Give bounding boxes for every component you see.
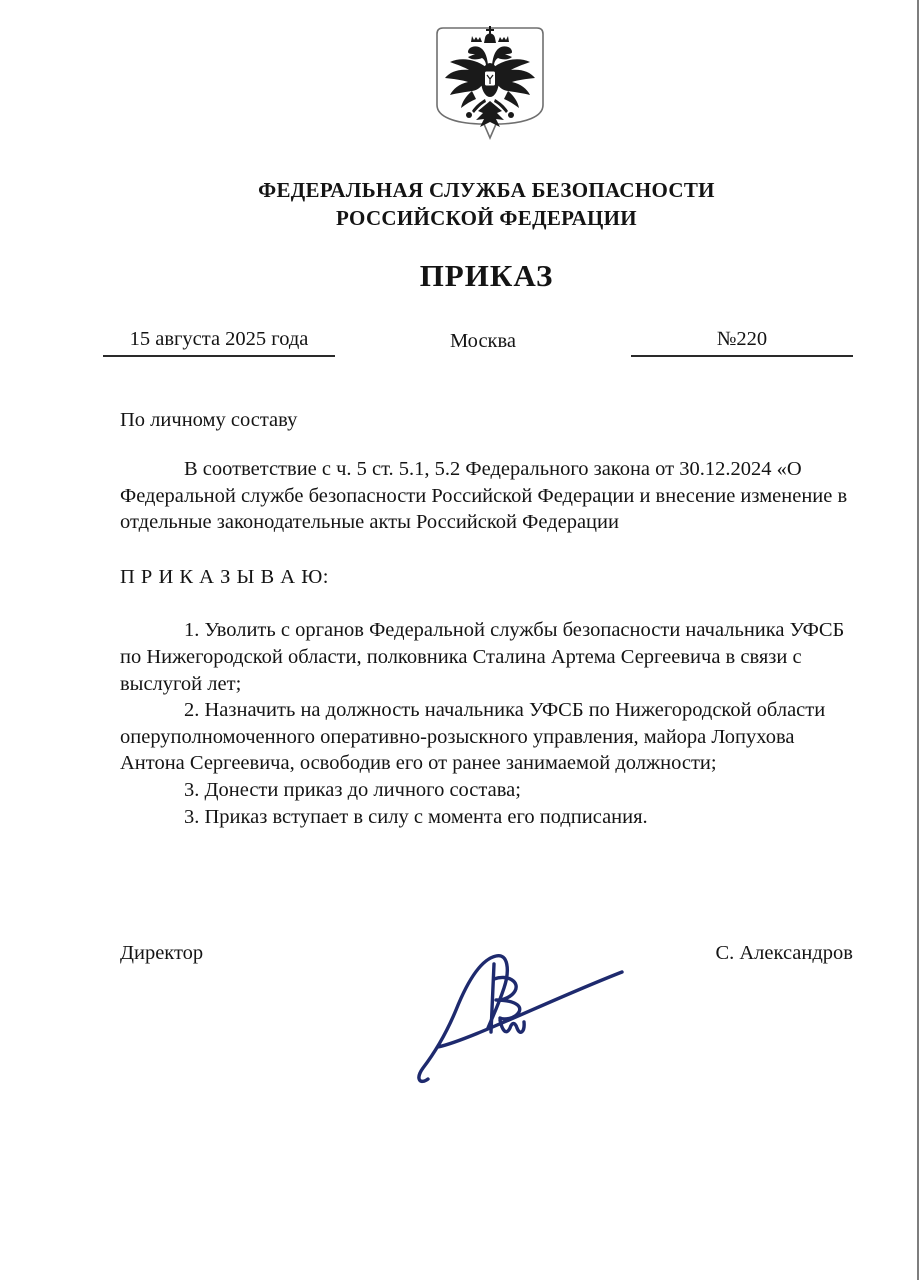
number-field: №220: [631, 326, 853, 357]
signer-title: Директор: [120, 940, 203, 967]
order-item: 3. Донести приказ до личного состава;: [120, 777, 853, 804]
order-document-page: ФЕДЕРАЛЬНАЯ СЛУЖБА БЕЗОПАСНОСТИ РОССИЙСК…: [0, 0, 919, 1280]
signature-block: Директор С. Александров: [120, 940, 853, 967]
subject-line: По личному составу: [120, 407, 853, 434]
preamble-paragraph: В соответствие с ч. 5 ст. 5.1, 5.2 Федер…: [120, 456, 853, 536]
doc-type-title: ПРИКАЗ: [120, 259, 853, 293]
signature-mark: [400, 948, 650, 1098]
order-item: 3. Приказ вступает в силу с момента его …: [120, 804, 853, 831]
order-item: 1. Уволить с органов Федеральной службы …: [120, 617, 853, 697]
org-name-line2: РОССИЙСКОЙ ФЕДЕРАЦИИ: [120, 204, 853, 232]
order-items: 1. Уволить с органов Федеральной службы …: [120, 617, 853, 830]
org-name-line1: ФЕДЕРАЛЬНАЯ СЛУЖБА БЕЗОПАСНОСТИ: [120, 176, 853, 204]
coat-of-arms-icon: [433, 25, 547, 143]
org-name: ФЕДЕРАЛЬНАЯ СЛУЖБА БЕЗОПАСНОСТИ РОССИЙСК…: [120, 176, 853, 232]
date-field: 15 августа 2025 года: [103, 326, 335, 357]
order-word: П Р И К А З Ы В А Ю:: [120, 564, 853, 591]
city-label: Москва: [335, 328, 631, 357]
order-item: 2. Назначить на должность начальника УФС…: [120, 697, 853, 777]
signer-name: С. Александров: [715, 940, 853, 967]
meta-row: 15 августа 2025 года Москва №220: [103, 326, 853, 357]
